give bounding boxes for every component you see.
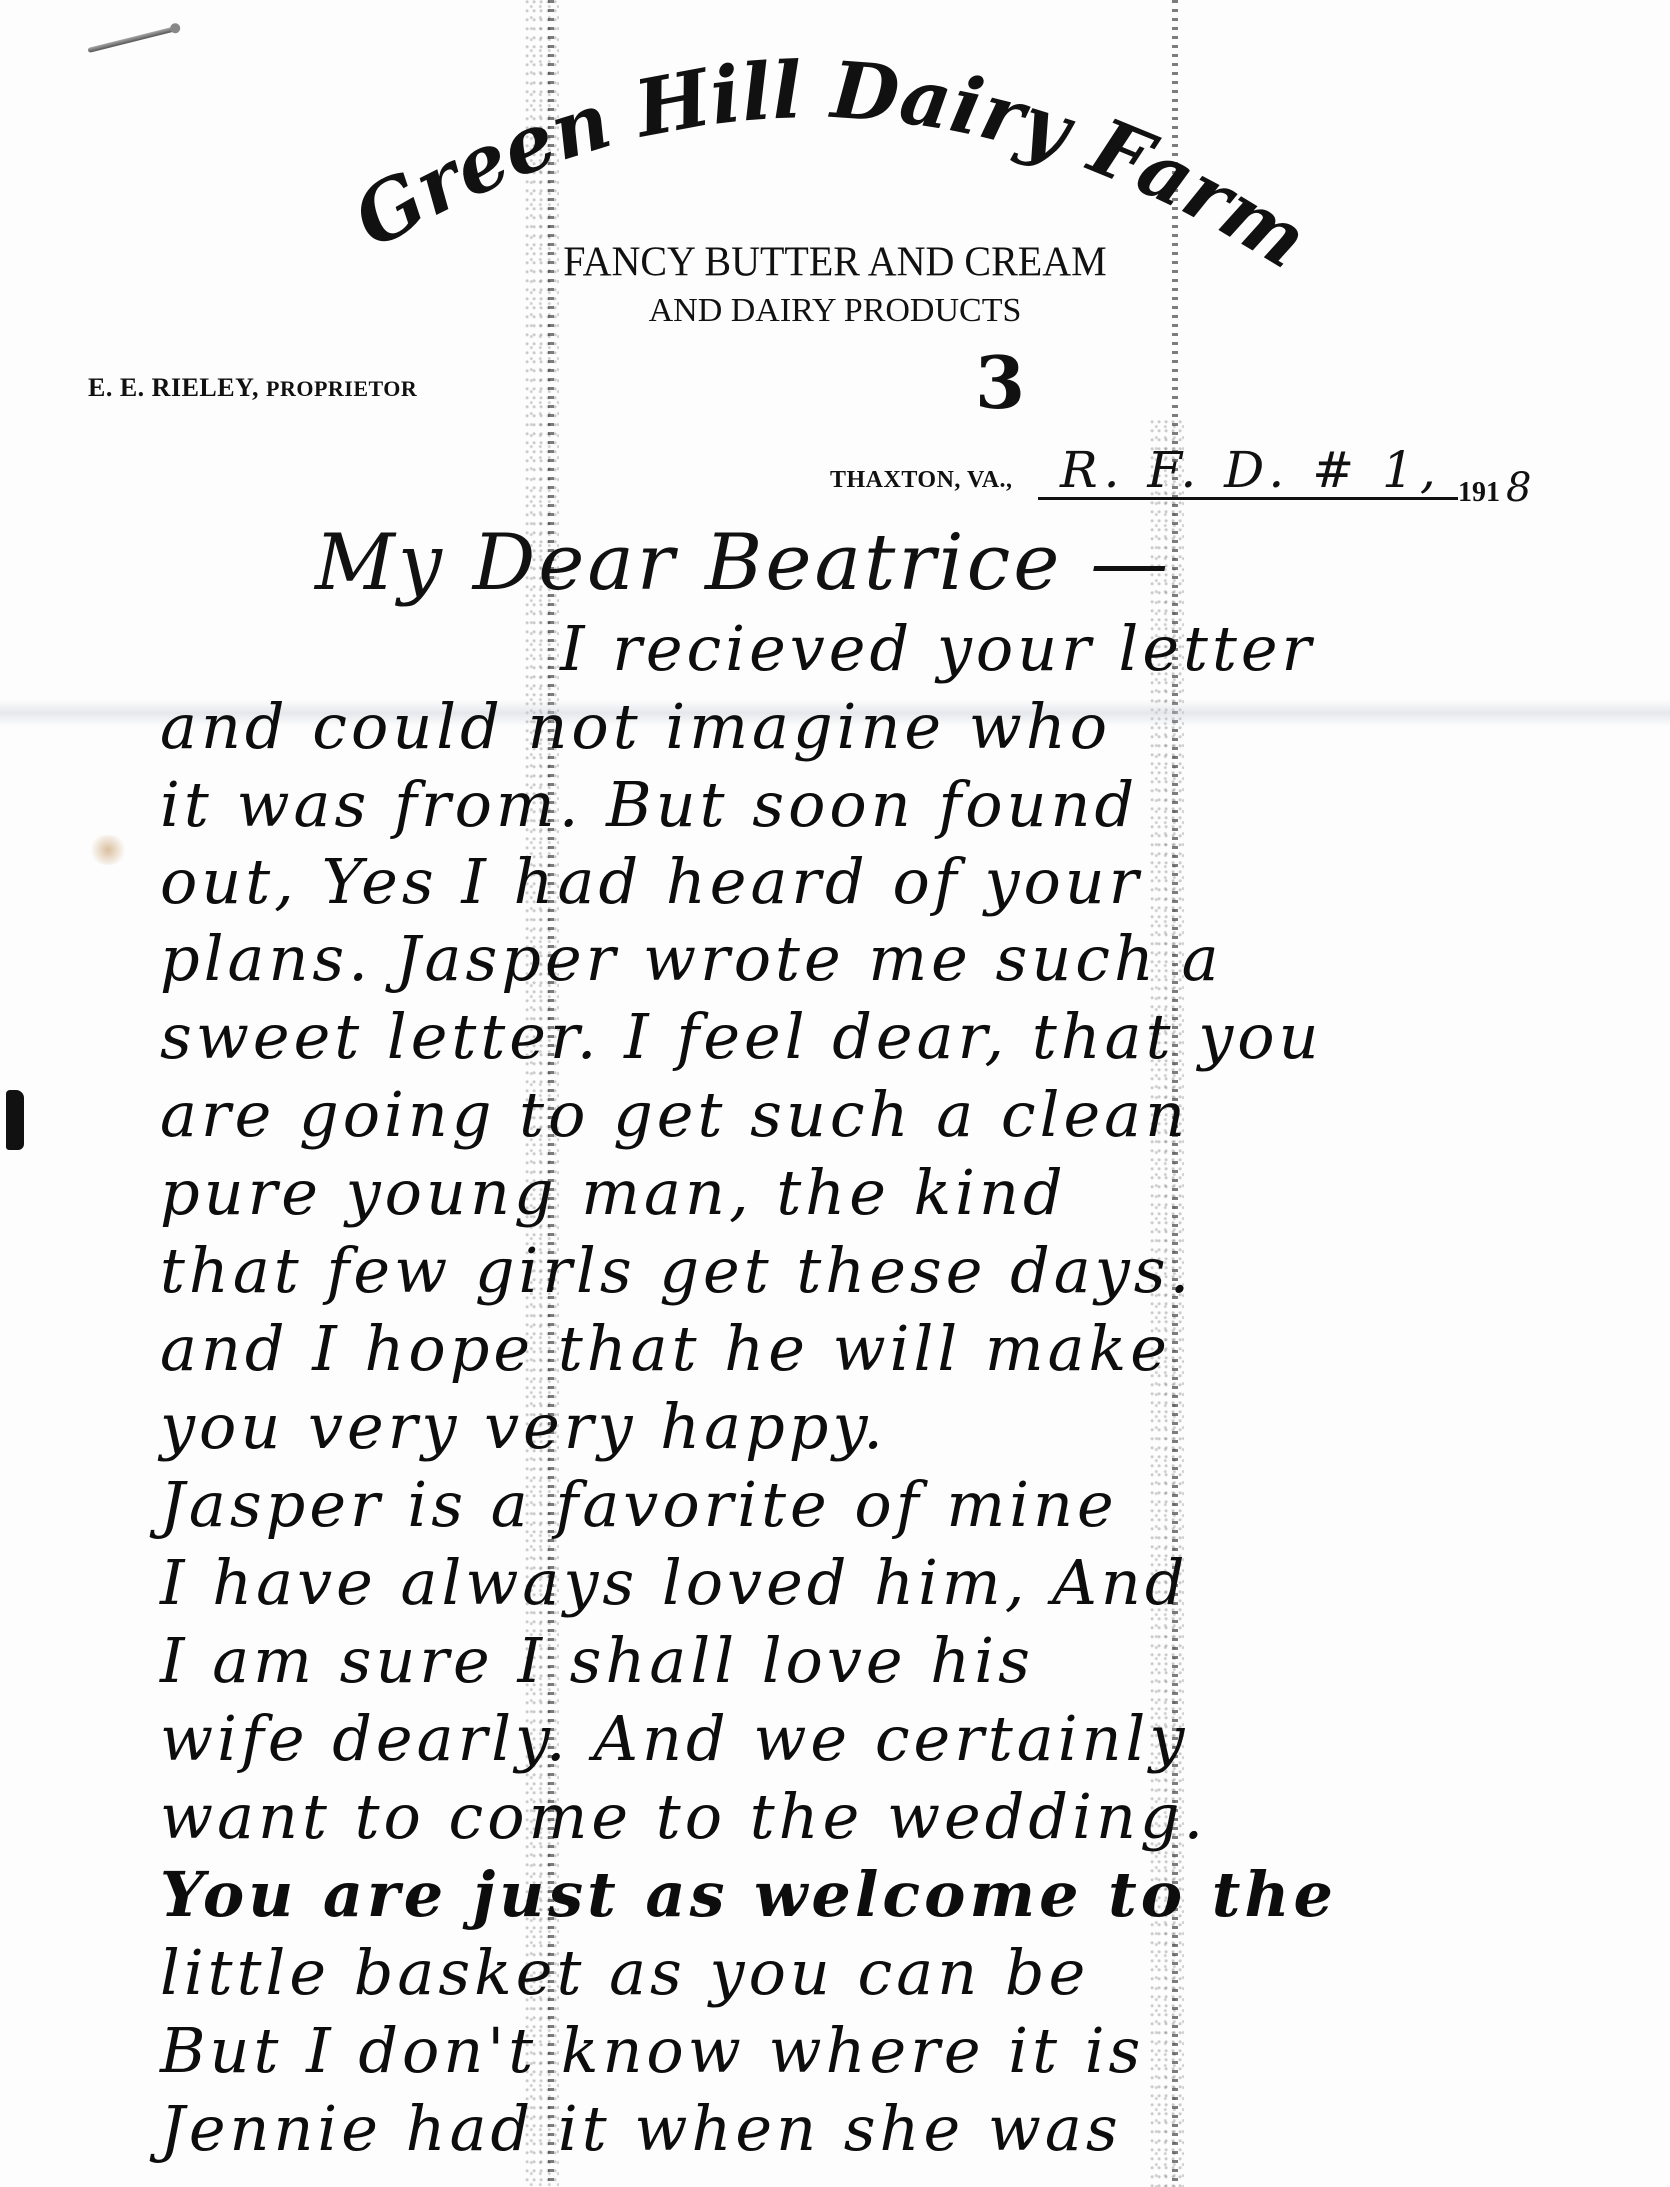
- letter-line: out, Yes I had heard of your: [160, 845, 1620, 918]
- letter-line: are going to get such a clean: [160, 1078, 1620, 1151]
- stain-mark: [88, 835, 128, 865]
- letter-line: little basket as you can be: [160, 1936, 1620, 2009]
- tagline-primary: FANCY BUTTER AND CREAM: [0, 237, 1670, 286]
- letter-line: I am sure I shall love his: [160, 1624, 1620, 1697]
- letter-line: plans. Jasper wrote me such a: [160, 922, 1620, 995]
- letter-line: want to come to the wedding.: [160, 1780, 1620, 1853]
- letter-line: Jennie had it when she was: [160, 2092, 1620, 2165]
- letter-greeting: My Dear Beatrice —: [315, 518, 1171, 608]
- dateline-year: 1918: [1458, 465, 1531, 511]
- letter-line: pure young man, the kind: [160, 1156, 1620, 1229]
- letter-line: and I hope that he will make: [160, 1312, 1620, 1385]
- letter-page: Green Hill Dairy Farm FANCY BUTTER AND C…: [0, 0, 1670, 2187]
- letter-line: But I don't know where it is: [160, 2014, 1620, 2087]
- proprietor-line: E. E. RIELEY, PROPRIETOR: [88, 373, 417, 403]
- proprietor-name: E. E. RIELEY,: [88, 373, 259, 402]
- ink-blot: [6, 1090, 24, 1150]
- proprietor-title: PROPRIETOR: [266, 376, 417, 401]
- dateline-place: THAXTON, VA.,: [830, 467, 1013, 494]
- letter-line: You are just as welcome to the: [160, 1858, 1620, 1931]
- year-handwritten: 8: [1506, 465, 1531, 511]
- page-number-mark: 3: [975, 340, 1025, 425]
- year-printed: 191: [1458, 477, 1500, 508]
- letter-line: sweet letter. I feel dear, that you: [160, 1000, 1620, 1073]
- letter-line: I recieved your letter: [560, 612, 1670, 685]
- dateline: THAXTON, VA., R. F. D. # 1, 1918: [830, 455, 1530, 515]
- letter-line: and could not imagine who: [160, 690, 1620, 763]
- letter-line: you very very happy.: [160, 1390, 1620, 1463]
- letter-line: wife dearly. And we certainly: [160, 1702, 1620, 1775]
- letter-line: Jasper is a favorite of mine: [160, 1468, 1620, 1541]
- letter-line: it was from. But soon found: [160, 768, 1620, 841]
- dateline-route: R. F. D. # 1,: [1060, 441, 1442, 499]
- letter-line: I have always loved him, And: [160, 1546, 1620, 1619]
- tagline-secondary: AND DAIRY PRODUCTS: [0, 292, 1670, 330]
- letter-line: that few girls get these days.: [160, 1234, 1620, 1307]
